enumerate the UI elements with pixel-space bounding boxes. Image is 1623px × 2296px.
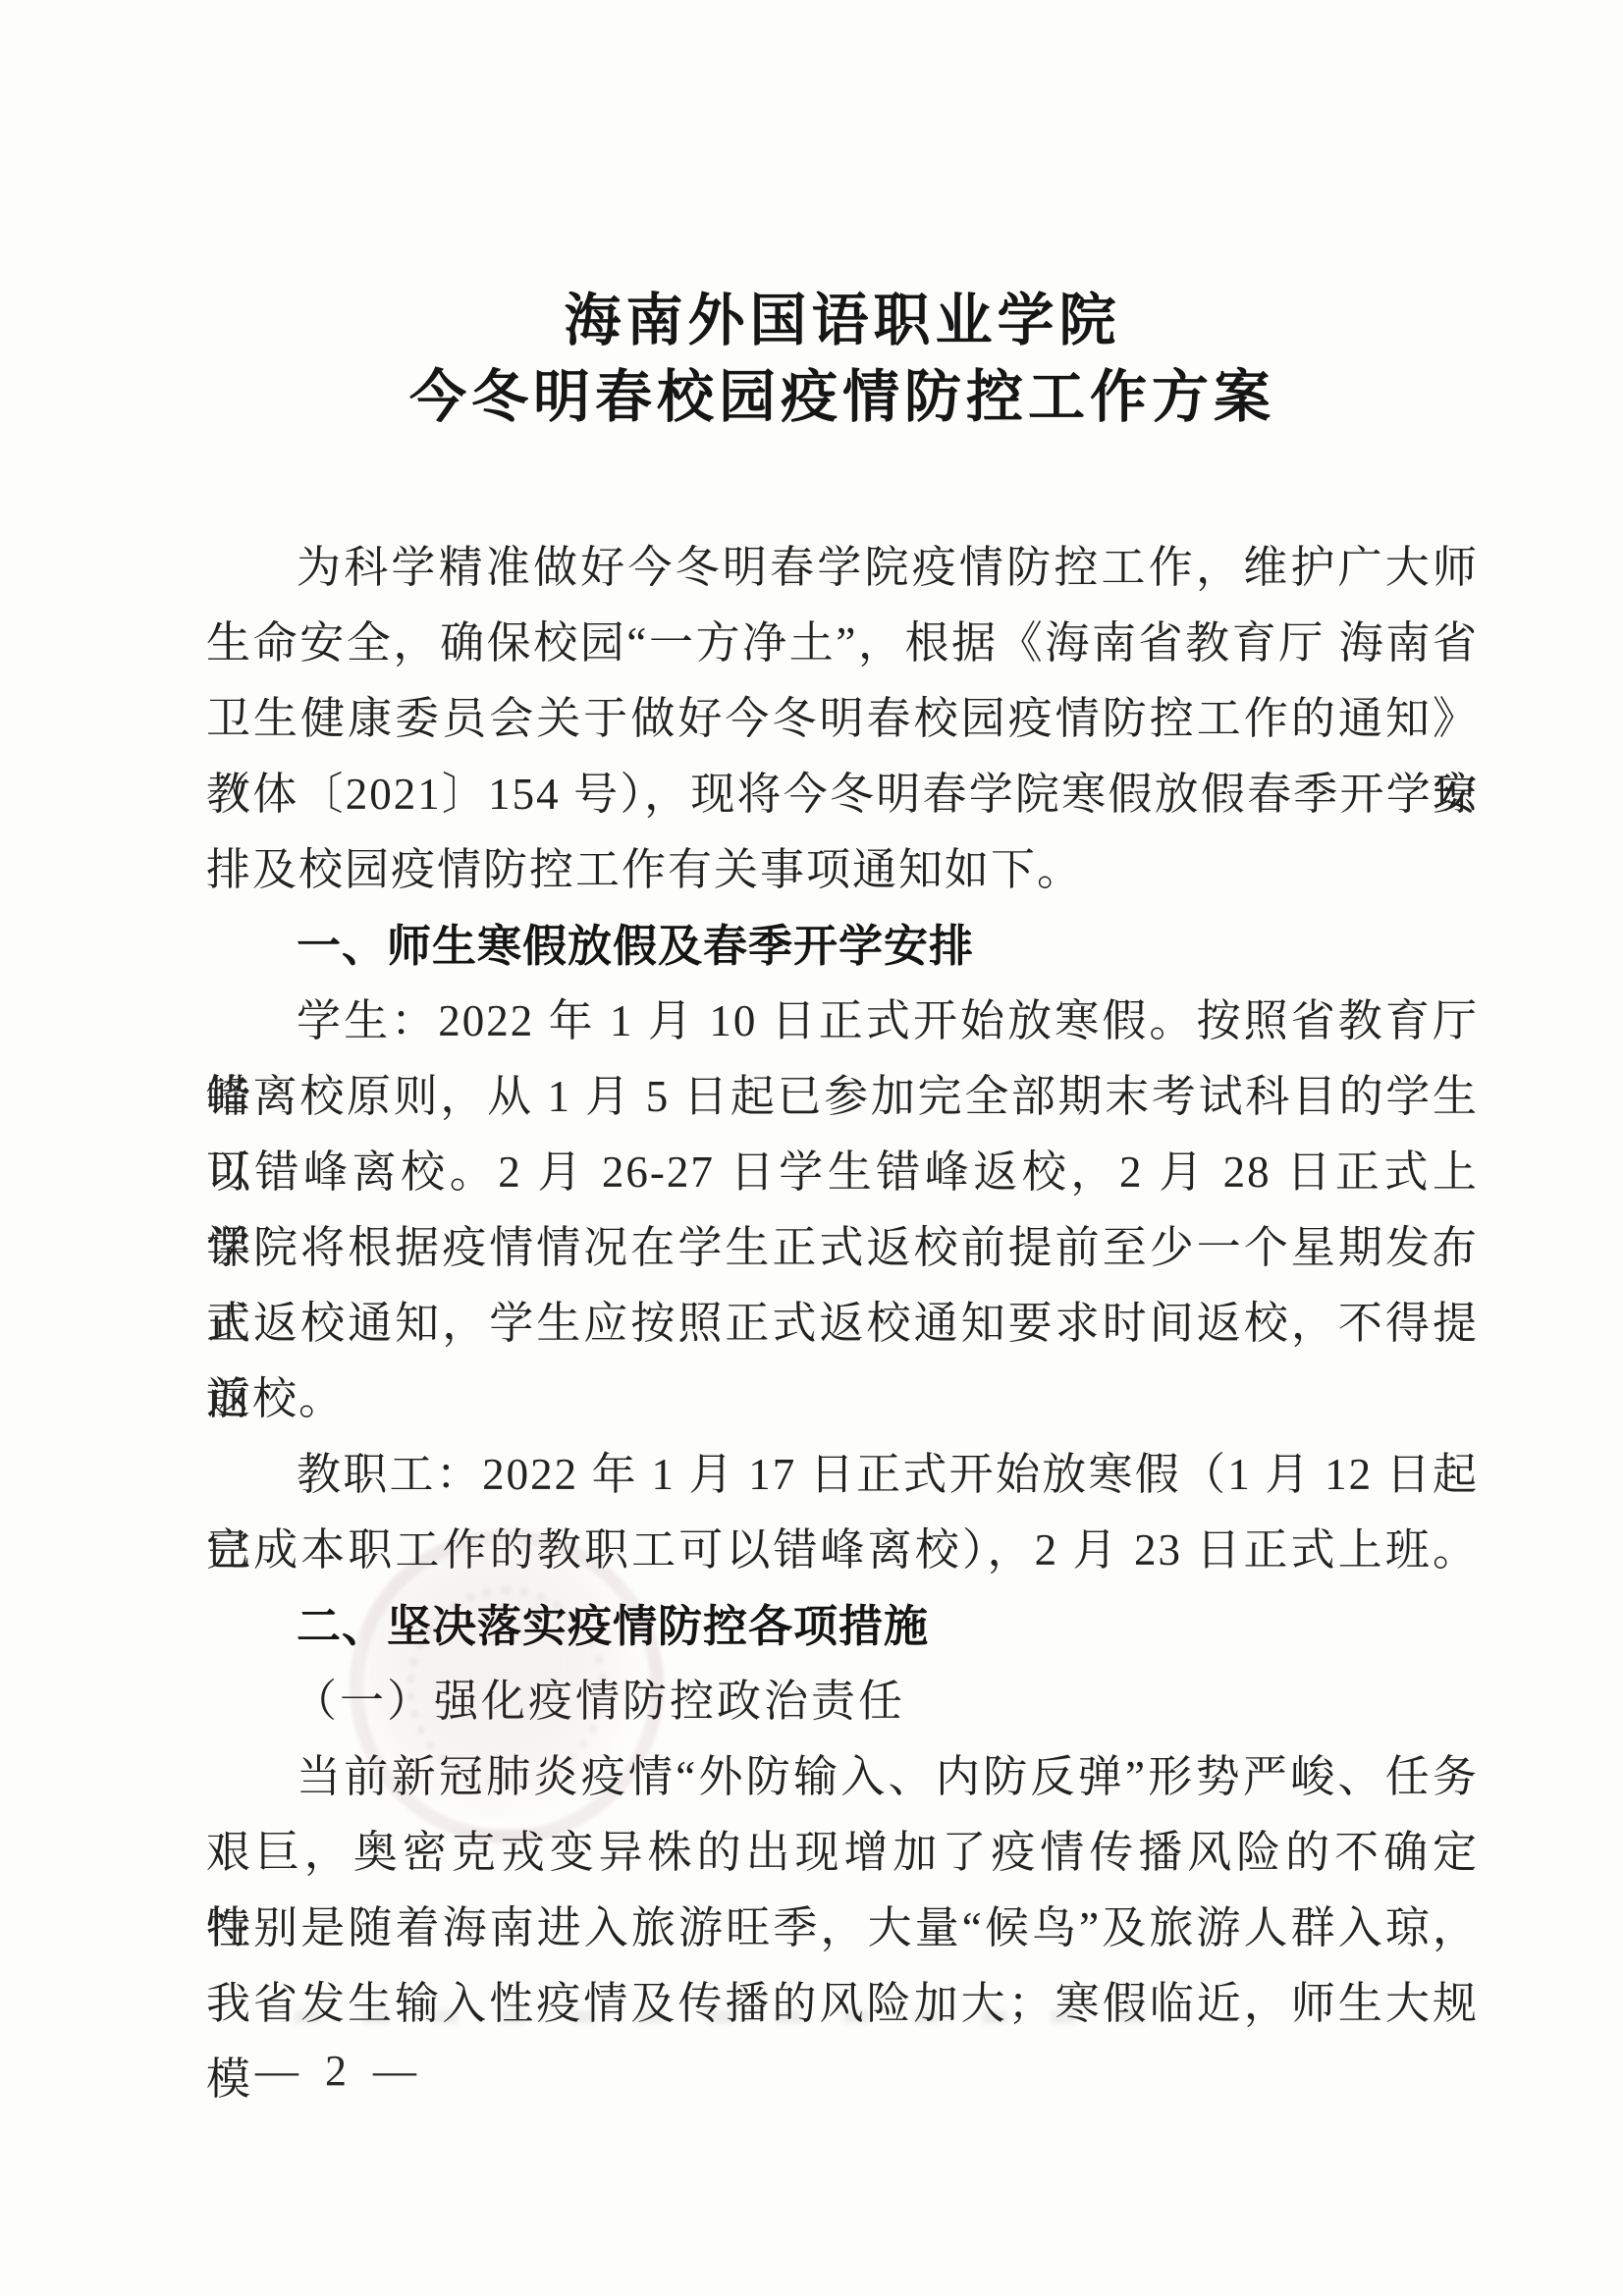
- body-line: 生命安全，确保校园“一方净土”，根据《海南省教育厅 海南省: [206, 606, 1479, 681]
- title-line-2: 今冬明春校园疫情防控工作方案: [206, 359, 1479, 436]
- subsection-2-1-heading: （一）强化疫情防控政治责任: [206, 1664, 1479, 1739]
- body-line: 为科学精准做好今冬明春学院疫情防控工作，维护广大师生: [206, 530, 1479, 606]
- body-line: 学生：2022 年 1 月 10 日正式开始放寒假。按照省教育厅错: [206, 984, 1479, 1059]
- body-line: 教职工：2022 年 1 月 17 日正式开始放寒假（1 月 12 日起已: [206, 1437, 1479, 1513]
- body-line: 以错峰离校。2 月 26-27 日学生错峰返校，2 月 28 日正式上课。: [206, 1135, 1479, 1210]
- page-number: — 2 —: [255, 2044, 424, 2099]
- body-line: 峰离校原则，从 1 月 5 日起已参加完全部期末考试科目的学生可: [206, 1059, 1479, 1135]
- body-line: 教体〔2021〕154 号），现将今冬明春学院寒假放假春季开学安: [206, 757, 1479, 832]
- document-title: 海南外国语职业学院 今冬明春校园疫情防控工作方案: [206, 283, 1479, 436]
- scanned-document-page: 海南外国语职业学院 今冬明春校园疫情防控工作方案 为科学精准做好今冬明春学院疫情…: [0, 0, 1623, 2296]
- section-2-heading: 二、坚决落实疫情防控各项措施: [206, 1588, 1479, 1664]
- body-line: 式返校通知，学生应按照正式返校通知要求时间返校，不得提前: [206, 1286, 1479, 1362]
- body-line: 返校。: [206, 1362, 1479, 1437]
- body-line: 艰巨，奥密克戎变异株的出现增加了疫情传播风险的不确定性，: [206, 1815, 1479, 1891]
- body-line: 完成本职工作的教职工可以错峰离校），2 月 23 日正式上班。: [206, 1513, 1479, 1588]
- title-line-1: 海南外国语职业学院: [206, 283, 1479, 359]
- body-line: 学院将根据疫情情况在学生正式返校前提前至少一个星期发布正: [206, 1210, 1479, 1286]
- body-line: 特别是随着海南进入旅游旺季，大量“候鸟”及旅游人群入琼，: [206, 1891, 1479, 1966]
- body-line: 我省发生输入性疫情及传播的风险加大；寒假临近，师生大规模: [206, 1966, 1479, 2042]
- section-1-heading: 一、师生寒假放假及春季开学安排: [206, 908, 1479, 984]
- document-body: 为科学精准做好今冬明春学院疫情防控工作，维护广大师生 生命安全，确保校园“一方净…: [206, 530, 1479, 2042]
- body-line: 排及校园疫情防控工作有关事项通知如下。: [206, 832, 1479, 908]
- body-line: 卫生健康委员会关于做好今冬明春校园疫情防控工作的通知》（琼: [206, 681, 1479, 757]
- body-line: 当前新冠肺炎疫情“外防输入、内防反弹”形势严峻、任务: [206, 1739, 1479, 1815]
